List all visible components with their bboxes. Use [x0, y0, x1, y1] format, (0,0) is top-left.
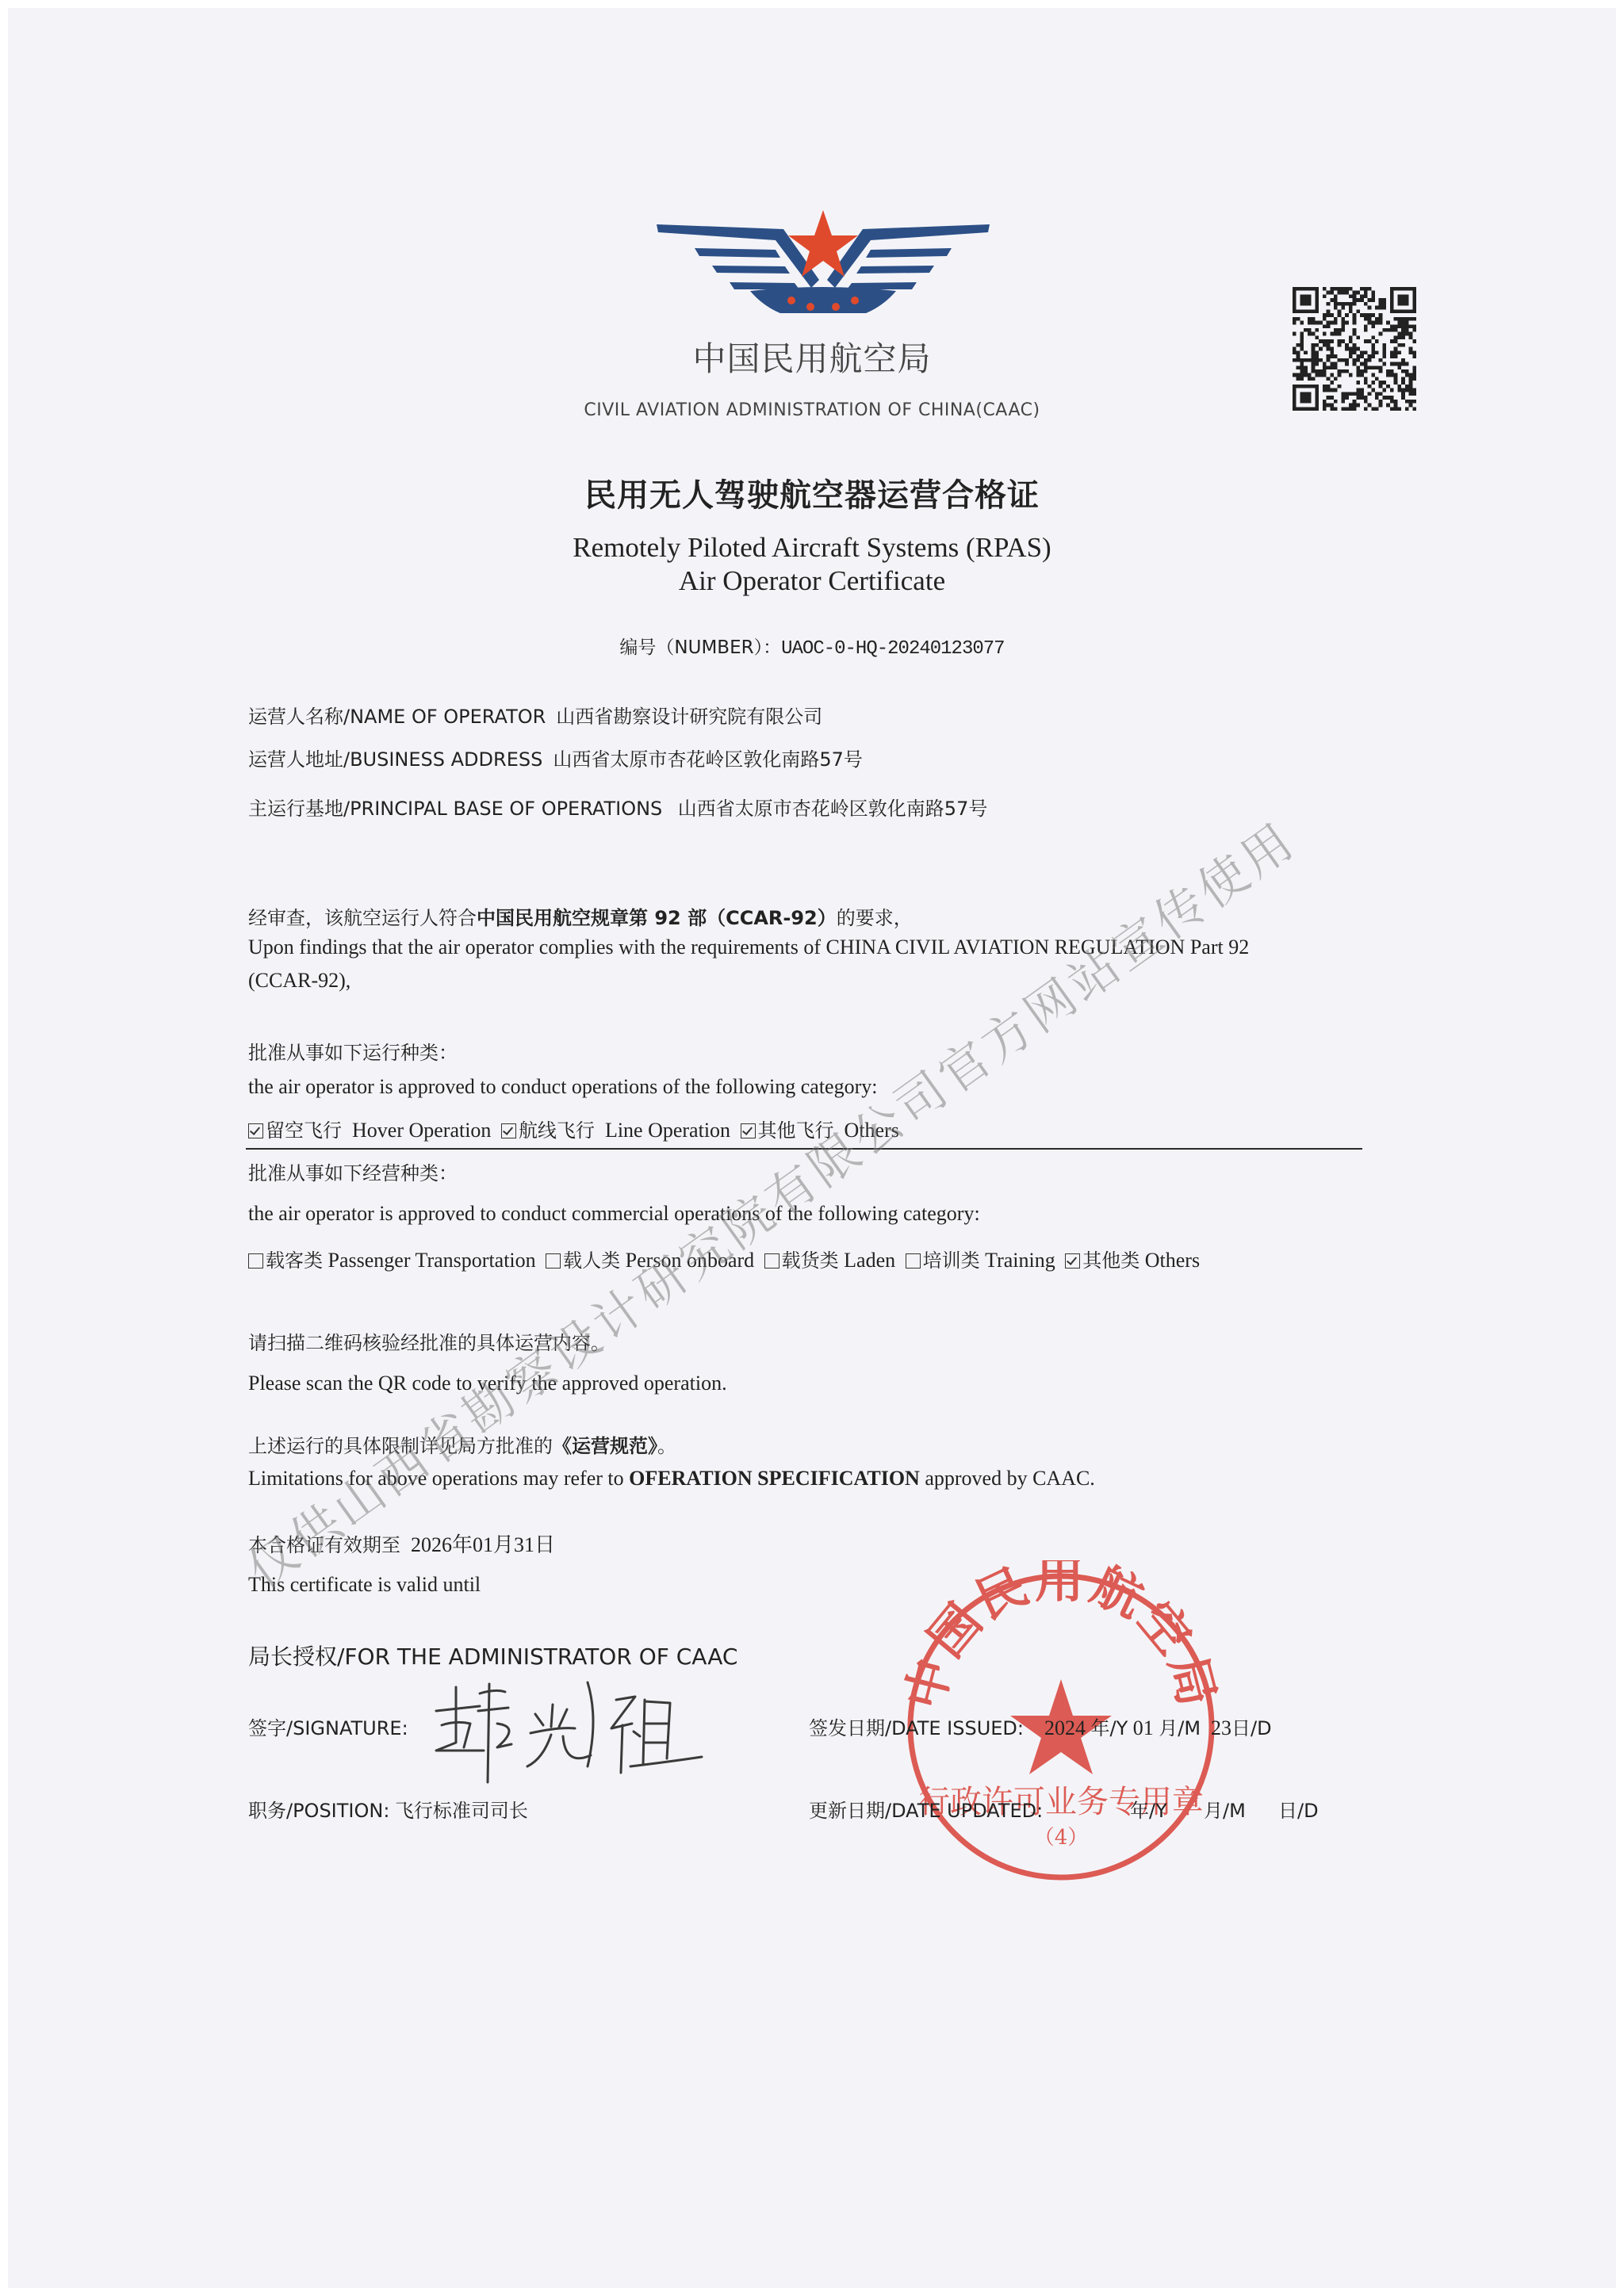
- caac-logo-icon: [657, 210, 990, 313]
- date-issued-label: 签发日期/DATE ISSUED:: [809, 1717, 1024, 1739]
- certificate-title-cn: 民用无人驾驶航空器运营合格证: [0, 470, 1624, 515]
- position-value: 飞行标准司司长: [395, 1800, 528, 1822]
- date-updated-row: 更新日期/DATE UPDATED: 年/Y 月/M 日/D: [809, 1795, 1043, 1823]
- seal-number: （4）: [1034, 1826, 1089, 1850]
- validity-en: This certificate is valid until: [248, 1573, 481, 1597]
- commercial-item: 载客类 Passenger Transportation: [248, 1249, 536, 1272]
- checkbox-unchecked-icon[interactable]: [906, 1253, 921, 1269]
- checkbox-checked-icon[interactable]: [741, 1123, 756, 1138]
- business-address-value: 山西省太原市杏花岭区敦化南路57号: [553, 748, 863, 771]
- operation-item-en: Hover Operation: [342, 1119, 491, 1142]
- limitations-cn: 上述运行的具体限制详见局方批准的《运营规范》。: [248, 1430, 676, 1458]
- commercial-item-en: Passenger Transportation: [323, 1249, 536, 1272]
- date-updated-label: 更新日期/DATE UPDATED:: [809, 1800, 1043, 1822]
- compliance-cn-suffix: 的要求，: [837, 907, 913, 929]
- date-issued-row: 签发日期/DATE ISSUED: 2024 年/Y 01 月/M 23日/D: [809, 1712, 1272, 1740]
- certificate-title-en: Remotely Piloted Aircraft Systems (RPAS)…: [0, 531, 1624, 598]
- qr-note-cn-text: 请扫描二维码核验经批准的具体运营内容。: [248, 1332, 610, 1354]
- position-row: 职务/POSITION: 飞行标准司司长: [248, 1795, 528, 1823]
- administrator-authority: 局长授权/FOR THE ADMINISTRATOR OF CAAC: [248, 1640, 737, 1671]
- number-value: UAOC-0-HQ-20240123077: [781, 638, 1004, 660]
- commercial-checklist: 载客类 Passenger Transportation 载人类 Person …: [248, 1245, 1205, 1272]
- operation-item-cn: 航线飞行: [519, 1119, 595, 1142]
- commercial-item-cn: 其他类: [1082, 1249, 1139, 1272]
- limitations-en-prefix: Limitations for above operations may ref…: [248, 1467, 629, 1490]
- commercial-heading-en: the air operator is approved to conduct …: [248, 1202, 980, 1226]
- signature-label: 签字/SIGNATURE:: [248, 1717, 408, 1739]
- commercial-item: 培训类 Training: [906, 1249, 1055, 1272]
- limitations-cn-prefix: 上述运行的具体限制详见局方批准的: [248, 1435, 553, 1457]
- operator-name-value: 山西省勘察设计研究院有限公司: [556, 706, 822, 728]
- checkbox-checked-icon[interactable]: [248, 1123, 263, 1138]
- date-issued-month: 01: [1133, 1716, 1154, 1739]
- operation-item: 航线飞行 Line Operation: [501, 1119, 730, 1142]
- month-unit: 月/M: [1159, 1717, 1201, 1739]
- operation-item: 留空飞行 Hover Operation: [248, 1119, 491, 1142]
- signature-row: 签字/SIGNATURE:: [248, 1712, 408, 1740]
- compliance-en-line1: Upon findings that the air operator comp…: [248, 936, 1249, 959]
- principal-base-value: 山西省太原市杏花岭区敦化南路57号: [678, 798, 988, 820]
- number-label: 编号（NUMBER）：: [619, 637, 781, 658]
- commercial-item: 其他类 Others: [1065, 1249, 1200, 1272]
- commercial-item-cn: 培训类: [923, 1249, 980, 1272]
- operator-name-row: 运营人名称/NAME OF OPERATOR 山西省勘察设计研究院有限公司: [248, 701, 822, 729]
- title-en-line1: Remotely Piloted Aircraft Systems (RPAS): [0, 531, 1624, 564]
- qr-code-icon[interactable]: [1291, 287, 1418, 411]
- qr-note-cn: 请扫描二维码核验经批准的具体运营内容。: [248, 1327, 610, 1355]
- compliance-en-line2: (CCAR-92),: [248, 969, 350, 993]
- operations-checklist: 留空飞行 Hover Operation 航线飞行 Line Operation…: [248, 1115, 904, 1142]
- qr-note-en: Please scan the QR code to verify the ap…: [248, 1372, 727, 1395]
- validity-date: 2026年01月31日: [411, 1533, 555, 1556]
- day-unit: 日/D: [1278, 1800, 1319, 1822]
- compliance-cn-prefix: 经审查，该航空运行人符合: [248, 907, 477, 929]
- principal-base-row: 主运行基地/PRINCIPAL BASE OF OPERATIONS 山西省太原…: [248, 793, 987, 821]
- commercial-item-en: Others: [1139, 1249, 1200, 1272]
- month-unit: 月/M: [1204, 1800, 1246, 1822]
- signature-icon: [432, 1679, 718, 1790]
- business-address-row: 运营人地址/BUSINESS ADDRESS 山西省太原市杏花岭区敦化南路57号: [248, 744, 863, 771]
- commercial-item-en: Laden: [839, 1249, 895, 1272]
- compliance-cn-regulation: 中国民用航空规章第 92 部（CCAR-92）: [477, 907, 837, 929]
- commercial-item-en: Training: [980, 1249, 1055, 1272]
- commercial-heading-cn-text: 批准从事如下经营种类：: [248, 1162, 458, 1184]
- checkbox-unchecked-icon[interactable]: [546, 1253, 561, 1269]
- checkbox-checked-icon[interactable]: [501, 1123, 516, 1138]
- validity-cn: 本合格证有效期至 2026年01月31日: [248, 1529, 555, 1558]
- commercial-item-en: Person onboard: [620, 1249, 754, 1272]
- limitations-en-suffix: approved by CAAC.: [920, 1467, 1095, 1490]
- limitations-en-spec: OFERATION SPECIFICATION: [629, 1467, 920, 1490]
- limitations-cn-suffix: 。: [657, 1435, 676, 1457]
- operation-item: 其他飞行 Others: [741, 1119, 899, 1142]
- validity-cn-label: 本合格证有效期至: [248, 1534, 400, 1556]
- date-issued-day: 23: [1211, 1716, 1231, 1739]
- commercial-item-cn: 载客类: [266, 1249, 323, 1272]
- operation-item-en: Others: [834, 1119, 899, 1142]
- checkbox-unchecked-icon[interactable]: [248, 1253, 263, 1269]
- commercial-item-cn: 载人类: [563, 1249, 620, 1272]
- year-unit: 年/Y: [1130, 1800, 1167, 1822]
- limitations-cn-spec: 《运营规范》: [553, 1435, 657, 1457]
- section-divider: [246, 1148, 1362, 1150]
- commercial-heading-cn: 批准从事如下经营种类：: [248, 1158, 458, 1185]
- commercial-item: 载人类 Person onboard: [546, 1249, 754, 1272]
- limitations-en: Limitations for above operations may ref…: [248, 1467, 1095, 1490]
- principal-base-label: 主运行基地/PRINCIPAL BASE OF OPERATIONS: [248, 798, 662, 820]
- business-address-label: 运营人地址/BUSINESS ADDRESS: [248, 748, 542, 771]
- compliance-cn: 经审查，该航空运行人符合中国民用航空规章第 92 部（CCAR-92）的要求，: [248, 902, 913, 930]
- date-issued-year: 2024: [1044, 1716, 1086, 1739]
- certificate-number: 编号（NUMBER）：UAOC-0-HQ-20240123077: [0, 633, 1624, 660]
- operations-heading-cn: 批准从事如下运行种类：: [248, 1037, 458, 1065]
- administrator-authority-text: 局长授权/FOR THE ADMINISTRATOR OF CAAC: [248, 1644, 737, 1670]
- year-unit: 年/Y: [1091, 1717, 1128, 1739]
- operator-name-label: 运营人名称/NAME OF OPERATOR: [248, 706, 546, 728]
- checkbox-checked-icon[interactable]: [1065, 1253, 1080, 1269]
- operation-item-en: Line Operation: [595, 1119, 730, 1142]
- operation-item-cn: 其他飞行: [758, 1119, 834, 1142]
- checkbox-unchecked-icon[interactable]: [764, 1253, 779, 1269]
- position-label: 职务/POSITION:: [248, 1800, 389, 1822]
- operation-item-cn: 留空飞行: [266, 1119, 342, 1142]
- commercial-item-cn: 载货类: [782, 1249, 839, 1272]
- commercial-item: 载货类 Laden: [764, 1249, 895, 1272]
- title-en-line2: Air Operator Certificate: [0, 564, 1624, 598]
- day-unit: 日/D: [1231, 1717, 1272, 1739]
- operations-heading-en: the air operator is approved to conduct …: [248, 1075, 877, 1099]
- operations-heading-cn-text: 批准从事如下运行种类：: [248, 1042, 458, 1064]
